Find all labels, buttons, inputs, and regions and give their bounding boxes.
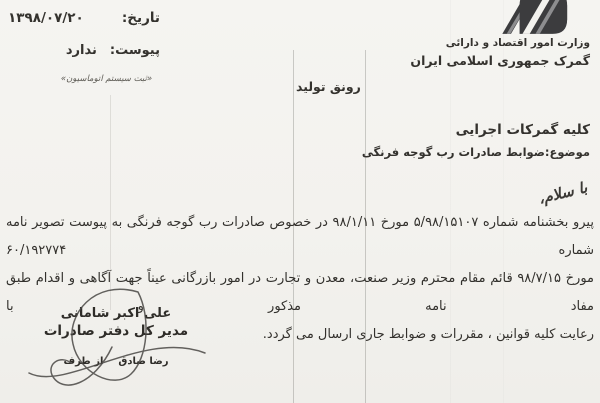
on-behalf-name: رضا صادق bbox=[118, 356, 168, 367]
ministry-name: وزارت امور اقتصاد و دارائی bbox=[410, 37, 590, 49]
recipient-block: کلیه گمرکات اجرایی موضوع:ضوابط صادرات رب… bbox=[362, 122, 590, 159]
organization-name: گمرک جمهوری اسلامی ایران bbox=[410, 53, 590, 68]
signature-block: علی اکبر شامانی مدیر کل دفتر صادرات از ط… bbox=[32, 306, 200, 367]
signer-title: مدیر کل دفتر صادرات bbox=[32, 323, 200, 339]
on-behalf-label: از طرف bbox=[63, 356, 103, 367]
salutation-handwritten: با سلام، bbox=[537, 178, 590, 207]
signer-name: علی اکبر شامانی bbox=[32, 306, 200, 321]
letterhead-block: وزارت امور اقتصاد و دارائی گمرک جمهوری ا… bbox=[410, 37, 590, 68]
year-slogan: رونق تولید bbox=[296, 79, 361, 94]
date-label: تاریخ: bbox=[122, 10, 160, 26]
date-value: ۱۳۹۸/۰۷/۲۰ bbox=[8, 10, 84, 26]
letter-meta-block: تاریخ: ۱۳۹۸/۰۷/۲۰ پیوست: ندارد «ثبت سیست… bbox=[8, 10, 160, 84]
subject-line: موضوع:ضوابط صادرات رب گوجه فرنگی bbox=[362, 145, 590, 159]
attachment-value: ندارد bbox=[66, 43, 97, 58]
on-behalf-row: از طرف رضا صادق bbox=[32, 356, 200, 367]
customs-emblem-icon bbox=[498, 0, 570, 38]
subject-text: ضوابط صادرات رب گوجه فرنگی bbox=[362, 145, 545, 159]
attachment-label: پیوست: bbox=[110, 43, 160, 58]
date-row: تاریخ: ۱۳۹۸/۰۷/۲۰ bbox=[8, 10, 160, 26]
recipient-name: کلیه گمرکات اجرایی bbox=[362, 122, 590, 138]
subject-label: موضوع: bbox=[545, 145, 590, 159]
automation-registration-note: «ثبت سیستم اتوماسیون» bbox=[53, 74, 160, 84]
scanned-letter-page: { "header": { "date_label": "تاریخ:", "d… bbox=[0, 0, 600, 403]
body-line-1: پیرو بخشنامه شماره ۵/۹۸/۱۵۱۰۷ مورخ ۹۸/۱/… bbox=[6, 209, 594, 265]
attachment-row: پیوست: ندارد bbox=[8, 43, 160, 58]
